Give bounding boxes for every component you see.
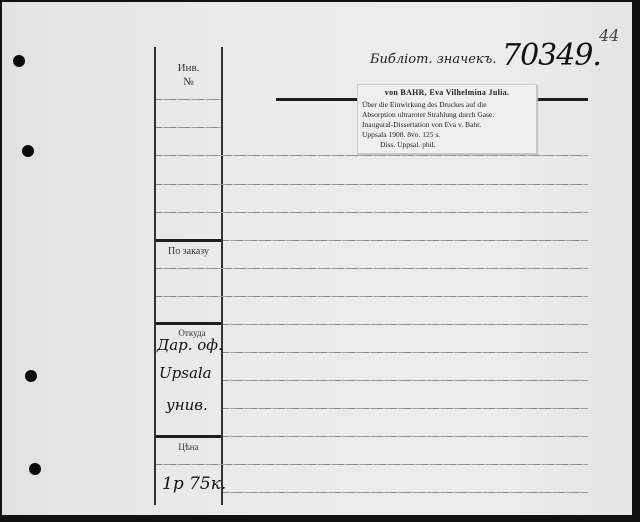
punch-hole — [29, 463, 41, 475]
source-handwritten-3: унив. — [166, 396, 208, 414]
ruled-line — [156, 184, 588, 185]
left-rule — [156, 127, 221, 128]
slip-line: Inaugural-Dissertation von Eva v. Bahr. — [362, 120, 532, 130]
punch-hole — [25, 370, 37, 382]
catalog-card: Библіот. значекъ. 70349. 44 Инв. № По за… — [2, 2, 632, 515]
ruled-line — [223, 380, 588, 381]
corner-note: 44 — [599, 26, 619, 45]
inv-label: Инв. — [156, 62, 221, 74]
section-divider-price — [156, 435, 221, 438]
ruled-line — [223, 492, 588, 493]
pasted-bibliographic-slip: von BAHR, Eva Vilhelmina Julia. Über die… — [357, 84, 537, 154]
ruled-line — [223, 240, 588, 241]
ruled-line — [223, 408, 588, 409]
ruled-line — [223, 352, 588, 353]
ruled-line — [156, 464, 588, 465]
shelf-number: 70349. — [502, 38, 601, 73]
slip-line: Absorption ultraroter Strahlung durch Ga… — [362, 110, 532, 120]
ruled-line — [223, 324, 588, 325]
ruled-line — [223, 436, 588, 437]
punch-hole — [13, 55, 25, 67]
source-handwritten-2: Upsala — [159, 364, 212, 382]
order-label: По заказу — [156, 246, 221, 257]
slip-line: Uppsala 1908. 8vo. 125 s. — [362, 130, 532, 140]
left-rule — [156, 99, 221, 100]
slip-author: von BAHR, Eva Vilhelmina Julia. — [362, 88, 532, 98]
inv-number-sign: № — [156, 76, 221, 88]
printed-shelf-label: Библіот. значекъ. — [370, 52, 496, 67]
section-divider-order — [156, 239, 221, 242]
slip-note: Diss. Uppsal. phil. — [362, 140, 532, 150]
ruled-line — [156, 268, 588, 269]
source-handwritten-1: Дар. оф. — [157, 336, 223, 354]
price-label: Цѣна — [156, 442, 221, 452]
ruled-line — [156, 296, 588, 297]
ruled-line — [156, 155, 588, 156]
ruled-line — [156, 212, 588, 213]
price-handwritten: 1р 75к. — [162, 474, 226, 494]
section-divider-source — [156, 322, 221, 325]
punch-hole — [22, 145, 34, 157]
slip-line: Über die Einwirkung des Druckes auf die — [362, 100, 532, 110]
